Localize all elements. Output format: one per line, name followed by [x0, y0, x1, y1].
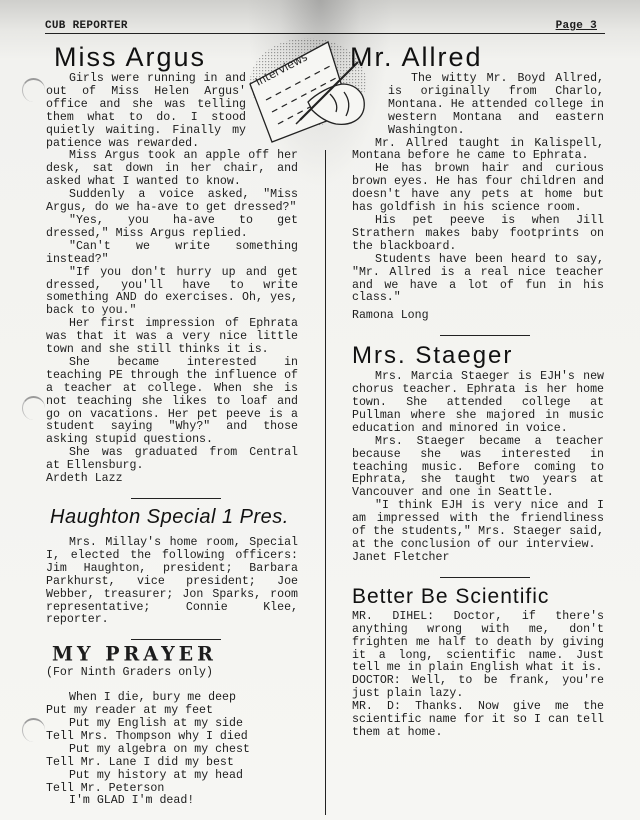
- article-title-argus: Miss Argus: [54, 42, 298, 72]
- article-scientific: MR. DIHEL: Doctor, if there's anything w…: [352, 611, 604, 740]
- page-number: Page 3: [556, 20, 597, 32]
- article-title-prayer: MY PRAYER: [52, 648, 298, 662]
- section-rule: [440, 335, 530, 336]
- binder-hole: [22, 78, 45, 102]
- paragraph: "Can't we write something instead?": [46, 241, 298, 267]
- byline-argus: Ardeth Lazz: [46, 473, 298, 486]
- article-argus: Girls were running in and out of Miss He…: [46, 73, 298, 486]
- section-rule: [131, 639, 221, 640]
- poem-prayer: When I die, bury me deep Put my reader a…: [46, 692, 298, 808]
- paragraph: "I think EJH is very nice and I am impre…: [352, 500, 604, 552]
- paragraph: Miss Argus took an apple off her desk, s…: [46, 150, 298, 189]
- paragraph: Her first impression of Ephrata was that…: [46, 318, 298, 357]
- paragraph: She became interested in teaching PE thr…: [46, 357, 298, 447]
- paragraph: MR. DIHEL: Doctor, if there's anything w…: [352, 611, 604, 676]
- paragraph: Mrs. Staeger became a teacher because sh…: [352, 436, 604, 501]
- right-column: Mr. Allred The witty Mr. Boyd Allred, is…: [352, 42, 604, 740]
- newsletter-page: CUB REPORTER Page 3 Interviews: [0, 0, 640, 820]
- binder-hole: [22, 396, 45, 420]
- poem-line: Tell Mr. Lane I did my best: [46, 757, 298, 770]
- article-haughton: Mrs. Millay's home room, Special I, elec…: [46, 537, 298, 627]
- paragraph: His pet peeve is when Jill Strathern mak…: [352, 215, 604, 254]
- paragraph: MR. D: Thanks. Now give me the scientifi…: [352, 701, 604, 740]
- paragraph: Suddenly a voice asked, "Miss Argus, do …: [46, 189, 298, 215]
- paragraph: Girls were running in and out of Miss He…: [46, 73, 246, 150]
- byline-staeger: Janet Fletcher: [352, 552, 604, 565]
- paragraph: Mr. Allred taught in Kalispell, Montana …: [352, 138, 604, 164]
- publication-name: CUB REPORTER: [45, 20, 128, 32]
- article-title-scientific: Better Be Scientific: [352, 584, 604, 610]
- page-header: CUB REPORTER Page 3: [45, 19, 605, 34]
- article-staeger: Mrs. Marcia Staeger is EJH's new chorus …: [352, 371, 604, 565]
- article-allred: The witty Mr. Boyd Allred, is originally…: [352, 73, 604, 323]
- section-rule: [131, 498, 221, 499]
- section-rule: [440, 577, 530, 578]
- article-title-staeger: Mrs. Staeger: [352, 342, 604, 370]
- byline-allred: Ramona Long: [352, 310, 604, 323]
- paragraph: Students have been heard to say, "Mr. Al…: [352, 254, 604, 306]
- paragraph: "Yes, you ha-ave to get dressed," Miss A…: [46, 215, 298, 241]
- paragraph: The witty Mr. Boyd Allred, is originally…: [352, 73, 604, 138]
- poem-line: Tell Mrs. Thompson why I died: [46, 731, 298, 744]
- poem-line: I'm GLAD I'm dead!: [46, 795, 298, 808]
- paragraph: Mrs. Marcia Staeger is EJH's new chorus …: [352, 371, 604, 436]
- prayer-subtitle: (For Ninth Graders only): [46, 667, 298, 680]
- binder-hole: [22, 718, 45, 742]
- poem-line: Put my English at my side: [46, 718, 298, 731]
- poem-line: Put my history at my head: [46, 770, 298, 783]
- paragraph: Mrs. Millay's home room, Special I, elec…: [46, 537, 298, 627]
- left-column: Miss Argus Girls were running in and out…: [46, 42, 298, 808]
- paragraph: "If you don't hurry up and get dressed, …: [46, 267, 298, 319]
- paragraph: He has brown hair and curious brown eyes…: [352, 163, 604, 215]
- poem-line: Put my algebra on my chest: [46, 744, 298, 757]
- column-divider: [325, 150, 326, 815]
- article-title-haughton: Haughton Special 1 Pres.: [50, 505, 298, 529]
- paragraph: DOCTOR: Well, to be frank, you're just p…: [352, 675, 604, 701]
- paragraph: She was graduated from Central at Ellens…: [46, 447, 298, 473]
- article-title-allred: Mr. Allred: [350, 42, 604, 72]
